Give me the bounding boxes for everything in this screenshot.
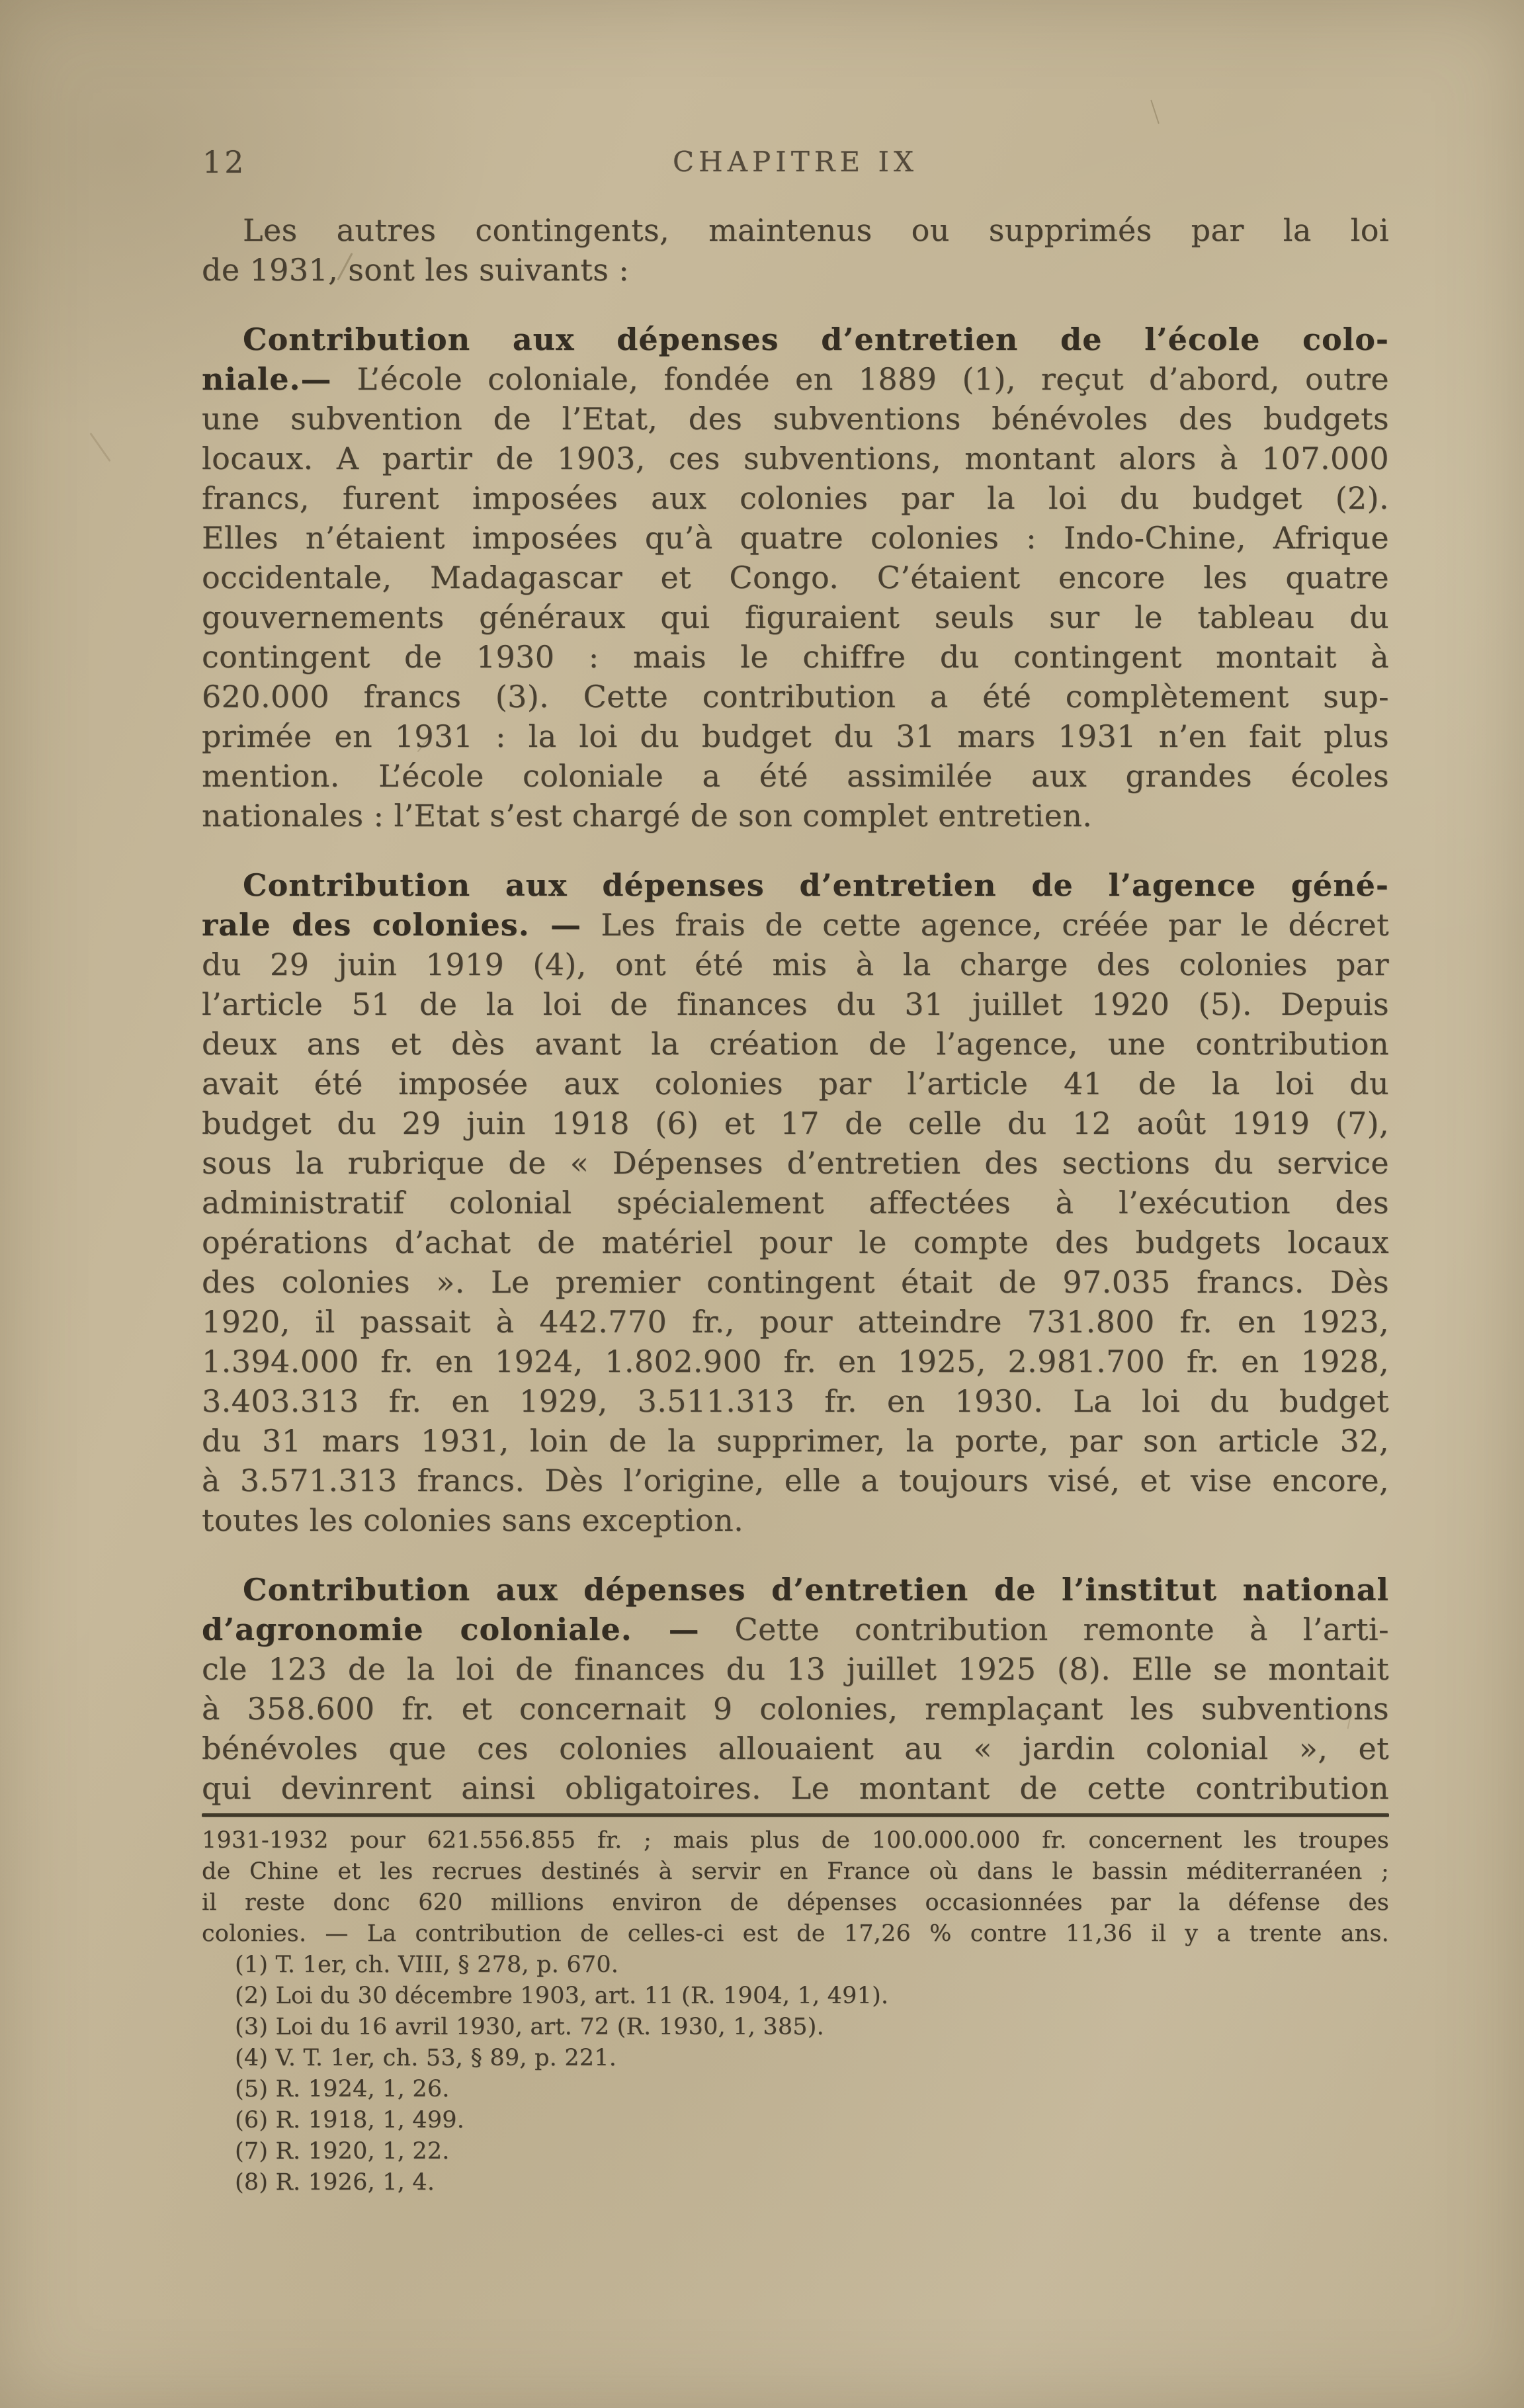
- text-run: occidentale, Madagascar et Congo. C’étai…: [202, 560, 1389, 595]
- book-page-scan: 12 CHAPITRE IX Les autres contingents, m…: [0, 0, 1524, 2408]
- text-line: occidentale, Madagascar et Congo. C’étai…: [202, 558, 1389, 597]
- text-run: primée en 1931 : la loi du budget du 31 …: [202, 718, 1389, 754]
- chapter-header: CHAPITRE IX: [202, 146, 1389, 178]
- text-line: contingent de 1930 : mais le chiffre du …: [202, 637, 1389, 677]
- text-run: Cette contribution remonte à l’arti-: [700, 1612, 1389, 1647]
- text-line: cle 123 de la loi de finances du 13 juil…: [202, 1649, 1389, 1689]
- text-line: à 358.600 fr. et concernait 9 colonies, …: [202, 1689, 1389, 1729]
- text-line: Elles n’étaient imposées qu’à quatre col…: [202, 518, 1389, 558]
- text-run: bénévoles que ces colonies allouaient au…: [202, 1731, 1389, 1766]
- text-line: avait été imposée aux colonies par l’art…: [202, 1064, 1389, 1103]
- text-run: il reste donc 620 millions environ de dé…: [202, 1889, 1389, 1916]
- text-line: bénévoles que ces colonies allouaient au…: [202, 1729, 1389, 1768]
- text-run: francs, furent imposées aux colonies par…: [202, 480, 1389, 516]
- text-run: sous la rubrique de « Dépenses d’entreti…: [202, 1145, 1389, 1181]
- text-run: 620.000 francs (3). Cette contribution a…: [202, 679, 1389, 714]
- footnote-separator-rule: [202, 1813, 1389, 1817]
- text-run: Elles n’étaient imposées qu’à quatre col…: [202, 520, 1389, 556]
- text-line: du 31 mars 1931, loin de la supprimer, l…: [202, 1421, 1389, 1461]
- text-run: gouvernements généraux qui figuraient se…: [202, 599, 1389, 635]
- text-line: à 3.571.313 francs. Dès l’origine, elle …: [202, 1461, 1389, 1500]
- paragraph: Contribution aux dépenses d’entretien de…: [202, 1570, 1389, 1808]
- text-line: 620.000 francs (3). Cette contribution a…: [202, 677, 1389, 716]
- text-run: mention. L’école coloniale a été assimil…: [202, 758, 1389, 794]
- footnote-ref: (4) V. T. 1er, ch. 53, § 89, p. 221.: [202, 2043, 1389, 2074]
- text-run: budget du 29 juin 1918 (6) et 17 de cell…: [202, 1105, 1389, 1141]
- paragraph: Contribution aux dépenses d’entretien de…: [202, 320, 1389, 836]
- section-heading-bold: d’agronomie coloniale. —: [202, 1612, 700, 1647]
- text-line: 3.403.313 fr. en 1929, 3.511.313 fr. en …: [202, 1381, 1389, 1421]
- text-line: Contribution aux dépenses d’entretien de…: [202, 865, 1389, 905]
- text-line: colonies. — La contribution de celles-ci…: [202, 1918, 1389, 1950]
- text-run: 1920, il passait à 442.770 fr., pour att…: [202, 1304, 1389, 1340]
- text-run: 1.394.000 fr. en 1924, 1.802.900 fr. en …: [202, 1344, 1389, 1379]
- text-run: administratif colonial spécialement affe…: [202, 1185, 1389, 1221]
- text-run: des colonies ». Le premier contingent ét…: [202, 1264, 1389, 1300]
- text-line: d’agronomie coloniale. — Cette contribut…: [202, 1610, 1389, 1649]
- text-run: nationales : l’Etat s’est chargé de son …: [202, 798, 1092, 834]
- paragraph: Contribution aux dépenses d’entretien de…: [202, 865, 1389, 1540]
- text-run: une subvention de l’Etat, des subvention…: [202, 401, 1389, 437]
- paper-fiber: [89, 433, 110, 462]
- text-line: francs, furent imposées aux colonies par…: [202, 478, 1389, 518]
- text-run: qui devinrent ainsi obligatoires. Le mon…: [202, 1770, 1389, 1806]
- text-line: rale des colonies. — Les frais de cette …: [202, 905, 1389, 945]
- text-line: nationales : l’Etat s’est chargé de son …: [202, 796, 1389, 836]
- text-line: locaux. A partir de 1903, ces subvention…: [202, 439, 1389, 478]
- text-line: de Chine et les recrues destinés à servi…: [202, 1856, 1389, 1887]
- text-run: Les autres contingents, maintenus ou sup…: [243, 212, 1389, 248]
- text-line: niale.— L’école coloniale, fondée en 188…: [202, 359, 1389, 399]
- footnote-ref: (1) T. 1er, ch. VIII, § 278, p. 670.: [202, 1950, 1389, 1981]
- footnote-ref: (7) R. 1920, 1, 22.: [202, 2136, 1389, 2167]
- text-line: budget du 29 juin 1918 (6) et 17 de cell…: [202, 1103, 1389, 1143]
- text-line: gouvernements généraux qui figuraient se…: [202, 597, 1389, 637]
- text-line: l’article 51 de la loi de finances du 31…: [202, 984, 1389, 1024]
- paper-fiber: [1150, 100, 1160, 124]
- text-run: deux ans et dès avant la création de l’a…: [202, 1026, 1389, 1062]
- footnote-ref: (3) Loi du 16 avril 1930, art. 72 (R. 19…: [202, 2012, 1389, 2043]
- section-heading-bold: rale des colonies. —: [202, 907, 581, 943]
- text-run: L’école coloniale, fondée en 1889 (1), r…: [331, 361, 1389, 397]
- text-line: deux ans et dès avant la création de l’a…: [202, 1024, 1389, 1064]
- section-heading-bold: Contribution aux dépenses d’entretien de…: [243, 322, 1389, 357]
- section-heading-bold: Contribution aux dépenses d’entretien de…: [243, 1572, 1389, 1608]
- text-run: contingent de 1930 : mais le chiffre du …: [202, 639, 1389, 675]
- text-line: Contribution aux dépenses d’entretien de…: [202, 1570, 1389, 1610]
- text-line: sous la rubrique de « Dépenses d’entreti…: [202, 1143, 1389, 1183]
- text-run: du 29 juin 1919 (4), ont été mis à la ch…: [202, 947, 1389, 982]
- text-line: 1931-1932 pour 621.556.855 fr. ; mais pl…: [202, 1825, 1389, 1856]
- text-run: l’article 51 de la loi de finances du 31…: [202, 986, 1389, 1022]
- text-line: une subvention de l’Etat, des subvention…: [202, 399, 1389, 439]
- text-line: Les autres contingents, maintenus ou sup…: [202, 210, 1389, 250]
- text-run: de Chine et les recrues destinés à servi…: [202, 1858, 1389, 1885]
- section-heading-bold: Contribution aux dépenses d’entretien de…: [243, 867, 1389, 903]
- paragraph: Les autres contingents, maintenus ou sup…: [202, 210, 1389, 290]
- text-run: 3.403.313 fr. en 1929, 3.511.313 fr. en …: [202, 1383, 1389, 1419]
- text-run: de 1931, sont les suivants :: [202, 252, 629, 288]
- text-run: Les frais de cette agence, créée par le …: [581, 907, 1389, 943]
- text-line: de 1931, sont les suivants :: [202, 250, 1389, 290]
- text-run: à 3.571.313 francs. Dès l’origine, elle …: [202, 1463, 1389, 1498]
- text-run: colonies. — La contribution de celles-ci…: [202, 1920, 1389, 1947]
- text-line: Contribution aux dépenses d’entretien de…: [202, 320, 1389, 359]
- text-line: opérations d’achat de matériel pour le c…: [202, 1223, 1389, 1262]
- text-line: des colonies ». Le premier contingent ét…: [202, 1262, 1389, 1302]
- text-run: avait été imposée aux colonies par l’art…: [202, 1066, 1389, 1101]
- text-line: administratif colonial spécialement affe…: [202, 1183, 1389, 1223]
- text-column: Les autres contingents, maintenus ou sup…: [202, 210, 1389, 2198]
- text-line: du 29 juin 1919 (4), ont été mis à la ch…: [202, 945, 1389, 984]
- text-run: du 31 mars 1931, loin de la supprimer, l…: [202, 1423, 1389, 1459]
- text-line: primée en 1931 : la loi du budget du 31 …: [202, 716, 1389, 756]
- footnote-ref: (8) R. 1926, 1, 4.: [202, 2167, 1389, 2198]
- text-run: à 358.600 fr. et concernait 9 colonies, …: [202, 1691, 1389, 1727]
- section-heading-bold: niale.—: [202, 361, 331, 397]
- text-line: il reste donc 620 millions environ de dé…: [202, 1887, 1389, 1918]
- text-line: 1.394.000 fr. en 1924, 1.802.900 fr. en …: [202, 1342, 1389, 1381]
- footnote-ref: (2) Loi du 30 décembre 1903, art. 11 (R.…: [202, 1981, 1389, 2012]
- footnote-block: 1931-1932 pour 621.556.855 fr. ; mais pl…: [202, 1825, 1389, 2198]
- text-line: qui devinrent ainsi obligatoires. Le mon…: [202, 1768, 1389, 1808]
- text-run: 1931-1932 pour 621.556.855 fr. ; mais pl…: [202, 1827, 1389, 1854]
- text-line: 1920, il passait à 442.770 fr., pour att…: [202, 1302, 1389, 1342]
- footnote-ref: (5) R. 1924, 1, 26.: [202, 2074, 1389, 2105]
- text-line: mention. L’école coloniale a été assimil…: [202, 756, 1389, 796]
- text-run: cle 123 de la loi de finances du 13 juil…: [202, 1651, 1389, 1687]
- text-run: toutes les colonies sans exception.: [202, 1502, 743, 1538]
- text-run: locaux. A partir de 1903, ces subvention…: [202, 441, 1389, 476]
- footnote-ref: (6) R. 1918, 1, 499.: [202, 2105, 1389, 2136]
- text-run: opérations d’achat de matériel pour le c…: [202, 1225, 1389, 1260]
- text-line: toutes les colonies sans exception.: [202, 1500, 1389, 1540]
